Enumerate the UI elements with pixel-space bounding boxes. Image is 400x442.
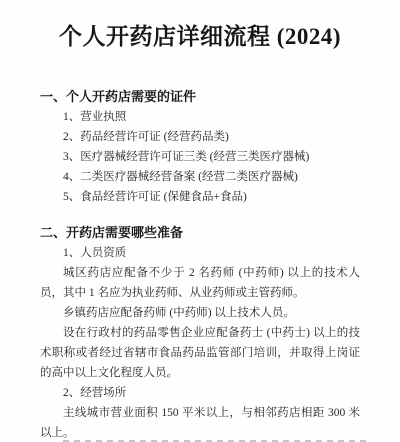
section-heading: 一、个人开药店需要的证件 xyxy=(40,87,360,107)
list-item: 1、营业执照 xyxy=(40,107,360,127)
section-blocks: 1、人员资质城区药店应配备不少于 2 名药师 (中药师) 以上的技术人员，其中 … xyxy=(40,243,360,442)
section: 二、开药店需要哪些准备 1、人员资质城区药店应配备不少于 2 名药师 (中药师)… xyxy=(40,223,360,442)
list-item: 1、人员资质 xyxy=(40,243,360,263)
paragraph: 设在行政村的药品零售企业应配备药士 (中药士) 以上的技术职称或者经过省辖市食品… xyxy=(40,323,360,383)
section-heading: 二、开药店需要哪些准备 xyxy=(40,223,360,243)
document-body: 一、个人开药店需要的证件 1、营业执照2、药品经营许可证 (经营药品类)3、医疗… xyxy=(40,87,360,442)
paragraph: 主线城市营业面积 150 平米以上，与相邻药店相距 300 米以上。 xyxy=(40,403,360,442)
paragraph: 城区药店应配备不少于 2 名药师 (中药师) 以上的技术人员，其中 1 名应为执… xyxy=(40,263,360,303)
list-item: 4、二类医疗器械经营备案 (经营二类医疗器械) xyxy=(40,167,360,187)
section-blocks: 1、营业执照2、药品经营许可证 (经营药品类)3、医疗器械经营许可证三类 (经营… xyxy=(40,107,360,207)
document-page: 个人开药店详细流程 (2024) 一、个人开药店需要的证件 1、营业执照2、药品… xyxy=(0,0,400,442)
paragraph: 乡镇药店应配备药师 (中药师) 以上技术人员。 xyxy=(40,303,360,323)
section: 一、个人开药店需要的证件 1、营业执照2、药品经营许可证 (经营药品类)3、医疗… xyxy=(40,87,360,207)
document-title: 个人开药店详细流程 (2024) xyxy=(0,22,400,52)
list-item: 2、药品经营许可证 (经营药品类) xyxy=(40,127,360,147)
list-item: 2、经营场所 xyxy=(40,383,360,403)
list-item: 5、食品经营许可证 (保健食品+食品) xyxy=(40,187,360,207)
list-item: 3、医疗器械经营许可证三类 (经营三类医疗器械) xyxy=(40,147,360,167)
